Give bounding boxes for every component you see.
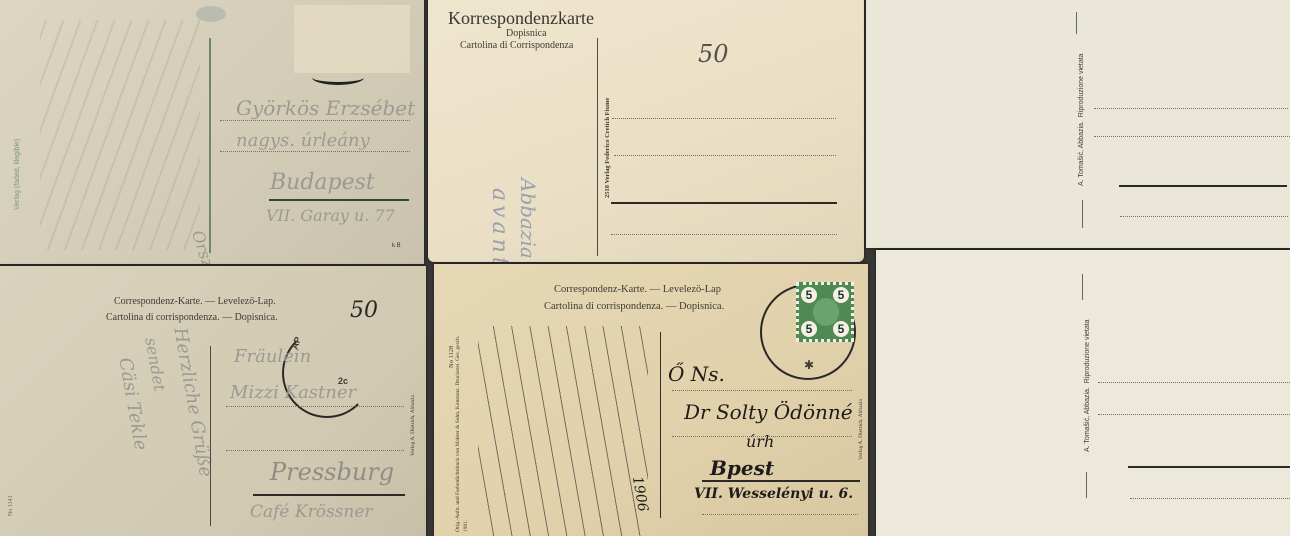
card-title-line-1: Correspondenz-Karte. — Levelezö-Lap: [554, 284, 721, 295]
message-line-3: Cäsi Tekle: [114, 356, 151, 452]
pencil-price: 50: [698, 40, 729, 68]
address-street: VII. Wesselényi u. 6.: [694, 486, 853, 502]
card-title-line-2: Cartolina di corrispondenza. — Dopisnica…: [106, 312, 278, 323]
publisher-text: 2518 Verlag Federico Cretich Fiume: [604, 98, 611, 198]
divider-line: [209, 38, 211, 253]
card-subtitle-1: Dopisnica: [506, 28, 547, 39]
address-rule: [226, 450, 404, 451]
city-rule: [1119, 185, 1287, 187]
pencil-price: 50: [350, 298, 378, 323]
address-rule: [702, 514, 858, 515]
address-city: Budapest: [270, 170, 375, 195]
printer-note: Orig.-Aufn. und Farbenlichtdruck von Mah…: [454, 332, 470, 532]
publisher-name: A. Tomašić, Abbazia.: [1084, 387, 1091, 452]
address-rule: [1094, 136, 1290, 137]
stamp-value-bl: 5: [801, 321, 817, 337]
address-rule: [220, 151, 410, 152]
faded-message: [40, 20, 200, 250]
stamp-value-br: 5: [833, 321, 849, 337]
address-line-2: nagys. úrleány: [236, 130, 370, 151]
publisher-name: A. Tomašić, Abbazia.: [1078, 121, 1085, 186]
postmark-star-icon: ✱: [804, 358, 814, 373]
address-rule: [1098, 382, 1290, 383]
serial-and-printer: No 1141: [8, 495, 14, 516]
card-subtitle-2: Cartolina di Corrispondenza: [460, 40, 573, 51]
address-rule: [1098, 414, 1290, 415]
address-rule: [226, 406, 404, 407]
card-title: Korrespondenzkarte: [448, 8, 594, 29]
side-note: Ország: [188, 228, 224, 264]
postcard-bottom-middle: No 1128 Orig.-Aufn. und Farbenlichtdruck…: [434, 264, 868, 536]
stamp-removed-area: [294, 5, 410, 73]
address-line-4: Café Krössner: [250, 502, 373, 522]
address-line-2: Dr Solty Ödönné: [684, 400, 853, 424]
city-rule: [611, 202, 837, 204]
divider-line-bottom: [1086, 472, 1087, 498]
publisher-text: Verlag A. Dietrich, Abbazia: [858, 399, 864, 460]
card-title-line-2: Cartolina di corrispondenza. — Dopisnica…: [544, 301, 724, 312]
postcard-top-left: Verlag (faded, illegible) Györkös Erzséb…: [0, 0, 424, 264]
divider-line-bottom: [1082, 200, 1083, 228]
reproduction-notice: Riproduzione vietata: [1084, 319, 1091, 383]
address-rule: [1130, 498, 1290, 499]
address-street: VII. Garay u. 77: [266, 206, 395, 225]
address-rule: [614, 155, 836, 156]
address-rule: [612, 118, 836, 119]
address-line-2: Mizzi Kastner: [230, 382, 356, 403]
divider-line: [210, 346, 211, 526]
postmark-fragment: [312, 70, 364, 85]
publisher-text: A. Tomašić, Abbazia. Riproduzione vietat…: [1084, 319, 1091, 452]
address-line-1: Ő Ns.: [668, 362, 725, 386]
ornament-icon: [196, 6, 226, 22]
address-line-3: úrh: [746, 432, 774, 451]
address-line-1: Fräulein: [234, 346, 311, 367]
postcard-top-middle: Korrespondenzkarte Dopisnica Cartolina d…: [428, 0, 864, 262]
address-city: Pressburg: [270, 458, 394, 486]
divider-line: [597, 38, 598, 256]
address-rule: [1120, 216, 1288, 217]
postage-stamp: 5 5 5 5: [796, 282, 854, 342]
postcard-bottom-left: No 1141 Correspondenz-Karte. — Levelező-…: [0, 266, 426, 536]
city-rule: [1128, 466, 1290, 468]
publisher-text: Verlag A. Dietrich, Abbazia: [410, 395, 416, 456]
stamp-value-tr: 5: [833, 287, 849, 303]
address-line-1: Györkös Erzsébet: [236, 96, 415, 120]
card-title-line-1: Correspondenz-Karte. — Levelező-Lap.: [114, 296, 276, 307]
message-line-2: avant guerre: [487, 188, 512, 262]
message-line-1: Abbazia: [516, 178, 540, 259]
address-rule: [611, 234, 837, 235]
city-rule: [269, 199, 409, 201]
message-line-2: sendet: [141, 336, 169, 393]
divider-line: [660, 332, 661, 518]
reproduction-notice: Riproduzione vietata: [1078, 53, 1085, 117]
address-rule: [220, 120, 410, 121]
divider-line-top: [1082, 274, 1083, 300]
city-rule: [253, 494, 405, 496]
postcard-top-right: A. Tomašić, Abbazia. Riproduzione vietat…: [866, 0, 1290, 248]
publisher-text: Verlag (faded, illegible): [14, 139, 21, 210]
address-city: Bpest: [710, 456, 774, 480]
corner-mark: k B: [392, 243, 401, 249]
stamp-value-tl: 5: [801, 287, 817, 303]
postcard-bottom-right: A. Tomašić, Abbazia. Riproduzione vietat…: [876, 250, 1290, 536]
city-rule: [702, 480, 860, 482]
address-rule: [1094, 108, 1288, 109]
handwritten-message: [478, 326, 648, 536]
address-rule: [672, 390, 852, 391]
publisher-text: A. Tomašić, Abbazia. Riproduzione vietat…: [1078, 53, 1085, 186]
divider-line-top: [1076, 12, 1077, 34]
